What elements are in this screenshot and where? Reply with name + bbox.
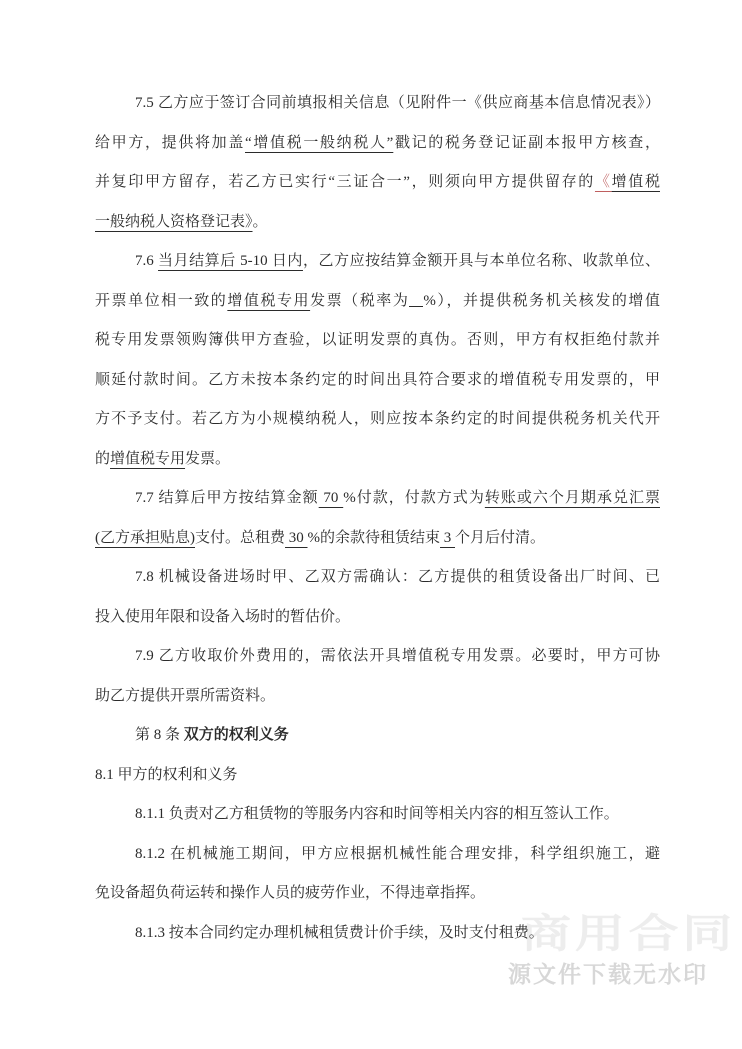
underlined-text-run: 增值税专用 (110, 451, 185, 467)
clause-7-6-line: 税专用发票领购簿供甲方查验，以证明发票的真伪。否则，甲方有权拒绝付款并 (95, 321, 660, 361)
underlined-text-run: 70 (319, 490, 344, 506)
text-run: 7.5 乙方应于签订合同前填报相关信息（见附件一《供应商基本信息情况表》） (135, 95, 660, 111)
clause-7-5-line: 7.5 乙方应于签订合同前填报相关信息（见附件一《供应商基本信息情况表》） (95, 84, 660, 124)
clause-7-7-line: (乙方承担贴息)支付。总租费 30 %的余款待租赁结束 3 个月后付清。 (95, 519, 660, 559)
clause-7-7-line: 7.7 结算后甲方按结算金额 70 %付款，付款方式为转账或六个月期承兑汇票 (95, 479, 660, 519)
text-run: 支付。总租费 (195, 530, 285, 546)
underlined-text-run: 《 (595, 174, 612, 190)
text-run: 开票单位相一致的 (95, 293, 227, 309)
clause-7-5-line: 并复印甲方留存，若乙方已实行“三证合一”，则须向甲方提供留存的《增值税 (95, 163, 660, 203)
underlined-text-run: 增值税专用 (227, 293, 310, 309)
clause-7-6-line: 7.6 当月结算后 5-10 日内，乙方应按结算金额开具与本单位名称、收款单位、 (95, 242, 660, 282)
underlined-text-run: (乙方承担贴息) (95, 530, 195, 546)
clause-7-5: 7.5 乙方应于签订合同前填报相关信息（见附件一《供应商基本信息情况表》）给甲方… (95, 84, 660, 242)
text-run: 8.1 甲方的权利和义务 (95, 767, 238, 783)
text-run: 个月后付清。 (455, 530, 545, 546)
clause-8-1-2-line: 8.1.2 在机械施工期间，甲方应根据机械性能合理安排，科学组织施工，避 (95, 835, 660, 875)
text-run: 发票。 (185, 451, 230, 467)
clause-8-1: 8.1 甲方的权利和义务 (95, 756, 660, 796)
clause-7-7: 7.7 结算后甲方按结算金额 70 %付款，付款方式为转账或六个月期承兑汇票(乙… (95, 479, 660, 558)
underlined-text-run: 转账或六个月期承兑汇票 (485, 490, 660, 506)
clause-8-heading-line: 第 8 条 双方的权利义务 (95, 716, 660, 756)
clause-7-6-line: 的增值税专用发票。 (95, 440, 660, 480)
text-run: 戳记的税务登记证副本报甲方核查， (393, 135, 660, 151)
text-run: 。 (253, 214, 268, 230)
underlined-text-run: 30 (285, 530, 308, 546)
clause-7-8-line: 投入使用年限和设备入场时的暂估价。 (95, 598, 660, 638)
clause-8-1-2-line: 免设备超负荷运转和操作人员的疲劳作业，不得违章指挥。 (95, 874, 660, 914)
text-run: 的 (95, 451, 110, 467)
clause-7-5-line: 一般纳税人资格登记表》。 (95, 203, 660, 243)
clause-7-9: 7.9 乙方收取价外费用的，需依法开具增值税专用发票。必要时，甲方可协助乙方提供… (95, 637, 660, 716)
clause-8-1-3: 8.1.3 按本合同约定办理机械租赁费计价手续，及时支付租费。 (95, 914, 660, 954)
clause-7-9-line: 7.9 乙方收取价外费用的，需依法开具增值税专用发票。必要时，甲方可协 (95, 637, 660, 677)
text-run: 双方的权利义务 (184, 727, 289, 743)
clause-8-heading: 第 8 条 双方的权利义务 (95, 716, 660, 756)
text-run: 助乙方提供开票所需资料。 (95, 688, 275, 704)
text-run: 第 8 条 (135, 727, 184, 743)
text-run: %），并提供税务机关核发的增值 (423, 293, 660, 309)
text-run: 投入使用年限和设备入场时的暂估价。 (95, 609, 350, 625)
contract-body: 7.5 乙方应于签订合同前填报相关信息（见附件一《供应商基本信息情况表》）给甲方… (95, 84, 660, 953)
text-run: 给甲方，提供将加盖 (95, 135, 245, 151)
text-run: 8.1.1 负责对乙方租赁物的等服务内容和时间等相关内容的相互签认工作。 (135, 806, 619, 822)
text-run: 发票（税率为 (310, 293, 409, 309)
clause-7-5-line: 给甲方，提供将加盖“增值税一般纳税人”戳记的税务登记证副本报甲方核查， (95, 124, 660, 164)
clause-8-1-1-line: 8.1.1 负责对乙方租赁物的等服务内容和时间等相关内容的相互签认工作。 (95, 795, 660, 835)
clause-8-1-1: 8.1.1 负责对乙方租赁物的等服务内容和时间等相关内容的相互签认工作。 (95, 795, 660, 835)
text-run: 并复印甲方留存，若乙方已实行“三证合一”，则须向甲方提供留存的 (95, 174, 595, 190)
blank-fill-field (409, 292, 423, 307)
clause-7-6-line: 顺延付款时间。乙方未按本条约定的时间出具符合要求的增值税专用发票的，甲 (95, 361, 660, 401)
text-run: 税专用发票领购簿供甲方查验，以证明发票的真伪。否则，甲方有权拒绝付款并 (95, 332, 660, 348)
text-run: 7.6 (135, 253, 158, 269)
underlined-text-run: “增值税一般纳税人” (245, 135, 393, 151)
clause-7-9-line: 助乙方提供开票所需资料。 (95, 677, 660, 717)
watermark-subtitle: 源文件下载无水印 (508, 961, 708, 989)
clause-7-8: 7.8 机械设备进场时甲、乙双方需确认：乙方提供的租赁设备出厂时间、已投入使用年… (95, 558, 660, 637)
underlined-text-run: 当月结算后 5-10 日内 (158, 253, 303, 269)
clause-7-6: 7.6 当月结算后 5-10 日内，乙方应按结算金额开具与本单位名称、收款单位、… (95, 242, 660, 479)
clause-7-6-line: 方不予支付。若乙方为小规模纳税人，则应按本条约定的时间提供税务机关代开 (95, 400, 660, 440)
underlined-text-run: 一般纳税人资格登记表》 (95, 214, 253, 230)
text-run: 顺延付款时间。乙方未按本条约定的时间出具符合要求的增值税专用发票的，甲 (95, 372, 660, 388)
underlined-text-run: 3 (440, 530, 455, 546)
text-run: 7.9 乙方收取价外费用的，需依法开具增值税专用发票。必要时，甲方可协 (135, 648, 660, 664)
text-run: %付款，付款方式为 (343, 490, 485, 506)
clause-7-8-line: 7.8 机械设备进场时甲、乙双方需确认：乙方提供的租赁设备出厂时间、已 (95, 558, 660, 598)
clause-8-1-2: 8.1.2 在机械施工期间，甲方应根据机械性能合理安排，科学组织施工，避免设备超… (95, 835, 660, 914)
clause-7-6-line: 开票单位相一致的增值税专用发票（税率为%），并提供税务机关核发的增值 (95, 282, 660, 322)
text-run: %的余款待租赁结束 (308, 530, 441, 546)
clause-8-1-line: 8.1 甲方的权利和义务 (95, 756, 660, 796)
text-run: 7.7 结算后甲方按结算金额 (135, 490, 319, 506)
underlined-text-run: 增值税 (612, 174, 660, 190)
clause-8-1-3-line: 8.1.3 按本合同约定办理机械租赁费计价手续，及时支付租费。 (95, 914, 660, 954)
text-run: ，乙方应按结算金额开具与本单位名称、收款单位、 (303, 253, 660, 269)
text-run: 7.8 机械设备进场时甲、乙双方需确认：乙方提供的租赁设备出厂时间、已 (135, 569, 660, 585)
text-run: 方不予支付。若乙方为小规模纳税人，则应按本条约定的时间提供税务机关代开 (95, 411, 660, 427)
text-run: 免设备超负荷运转和操作人员的疲劳作业，不得违章指挥。 (95, 885, 485, 901)
text-run: 8.1.3 按本合同约定办理机械租赁费计价手续，及时支付租费。 (135, 925, 544, 941)
text-run: 8.1.2 在机械施工期间，甲方应根据机械性能合理安排，科学组织施工，避 (135, 846, 660, 862)
document-page: 商用合同 源文件下载无水印 7.5 乙方应于签订合同前填报相关信息（见附件一《供… (0, 0, 742, 1049)
